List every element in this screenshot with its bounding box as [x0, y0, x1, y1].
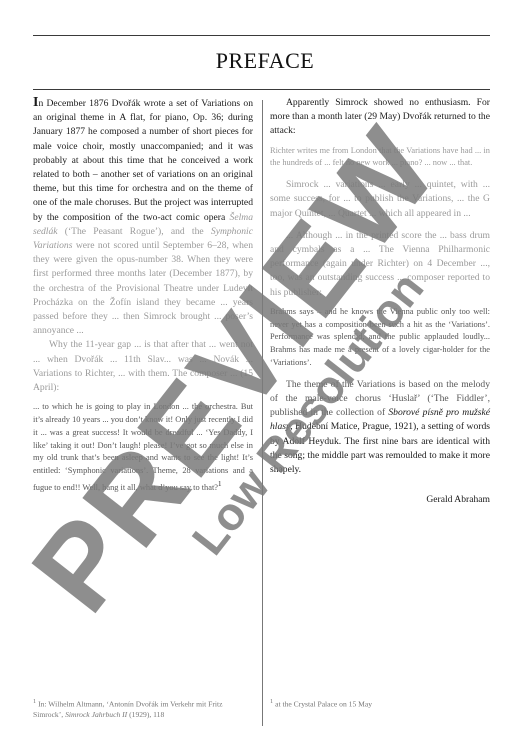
footnote-right: 1 at the Crystal Palace on 15 May — [270, 697, 485, 710]
right-column: Apparently Simrock showed no enthusiasm.… — [270, 96, 490, 507]
left-column: In December 1876 Dvořák wrote a set of V… — [33, 96, 253, 495]
brahms-quote: Brahms says – and he knows the Vienna pu… — [270, 306, 490, 370]
signature: Gerald Abraham — [270, 493, 490, 507]
paragraph-vienna: ... Although ... in the printed score th… — [270, 229, 490, 300]
preface-page: PREFACE In December 1876 Dvořák wrote a … — [0, 0, 530, 750]
paragraph-theme: The theme of the Variations is based on … — [270, 378, 490, 477]
dvorak-quote: ... to which he is going to play in Lond… — [33, 401, 253, 494]
footnote-left: 1 In: Wilhelm Altmann, ‘Antonín Dvořák i… — [33, 697, 248, 721]
footnote-ref: 1 — [218, 480, 222, 488]
title-rule — [33, 89, 490, 90]
paragraph-intro: In December 1876 Dvořák wrote a set of V… — [33, 96, 253, 338]
top-rule — [33, 35, 490, 36]
column-divider — [262, 100, 263, 726]
paragraph-publication: Simrock ... variations ... early ... qui… — [270, 178, 490, 221]
richter-quote: Richter writes me from London that the V… — [270, 145, 490, 171]
paragraph-simrock: Apparently Simrock showed no enthusiasm.… — [270, 96, 490, 139]
paragraph-gap: Why the 11-year gap ... is that after th… — [33, 338, 253, 395]
page-title: PREFACE — [0, 48, 530, 74]
